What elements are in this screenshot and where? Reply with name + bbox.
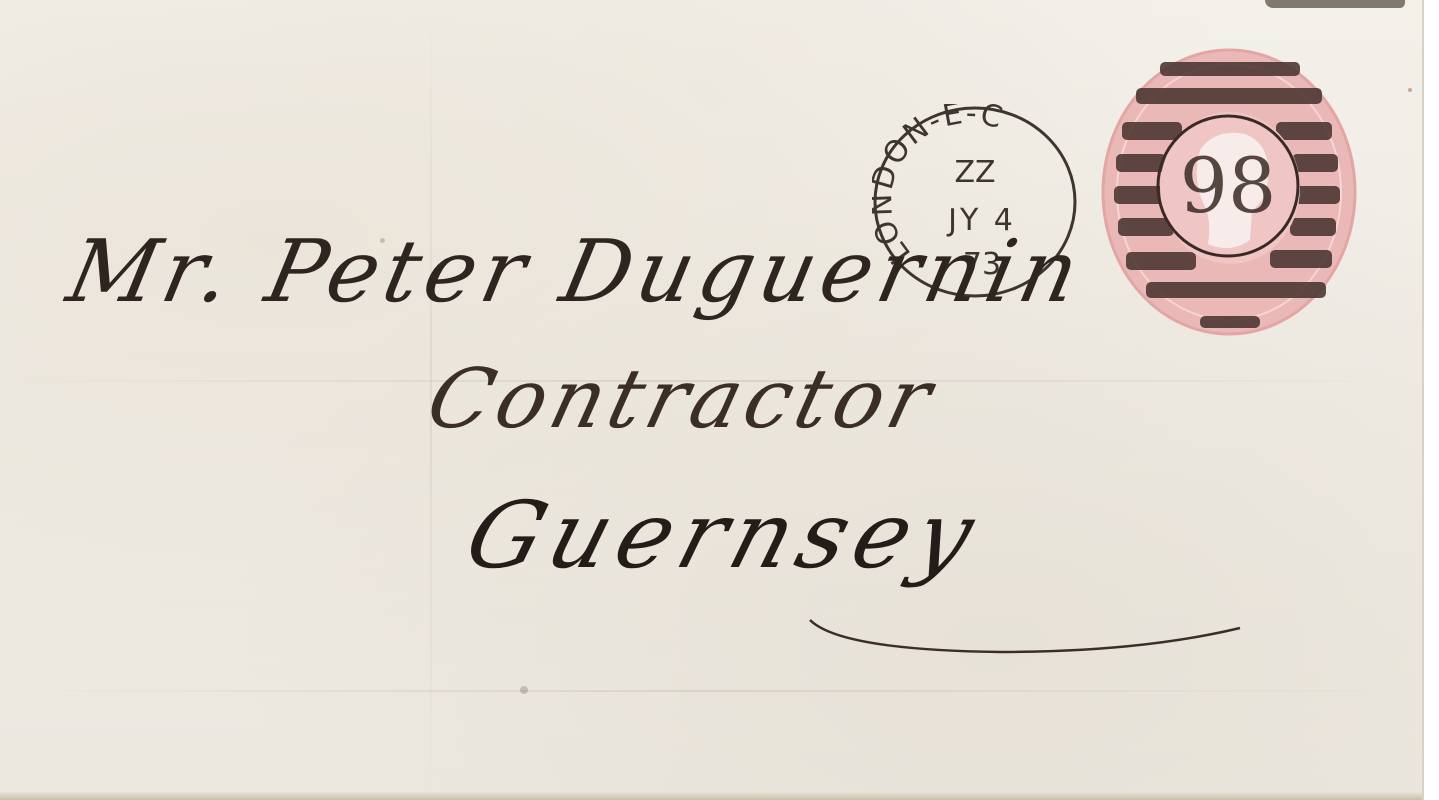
address-underline-flourish: [800, 600, 1250, 660]
address-recipient: Mr. Peter Duguernin: [59, 222, 1093, 322]
address-occupation: Contractor: [418, 352, 945, 447]
envelope-bottom-edge: [0, 792, 1422, 800]
ink-smudge: [1265, 0, 1405, 8]
paper-crease: [0, 690, 1422, 692]
address-place: Guernsey: [455, 482, 994, 589]
ink-speck: [520, 686, 528, 694]
envelope: LONDON-E-C ZZ JY 4 73: [0, 0, 1424, 800]
postmark-code: ZZ: [954, 155, 995, 190]
paper-spot: [1408, 88, 1412, 92]
embossed-stamp: 98: [1100, 40, 1358, 338]
cancellation-numeral: 98: [1180, 141, 1277, 230]
